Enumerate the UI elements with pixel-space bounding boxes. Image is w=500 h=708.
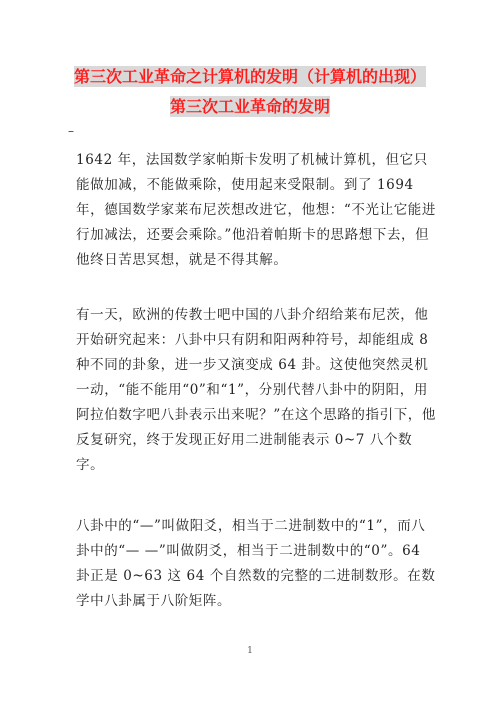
page-number: 1	[0, 646, 500, 656]
paragraph-1: 1642 年，法国数学家帕斯卡发明了机械计算机，但它只能做加减，不能做乘除，使用…	[76, 148, 436, 273]
document-title: 第三次工业革命之计算机的发明（计算机的出现）	[0, 64, 500, 87]
dash-mark: –	[68, 124, 74, 138]
paragraph-2: 有一天，欧洲的传教士吧中国的八卦介绍给莱布尼茨，他开始研究起来：八卦中只有阴和阳…	[76, 303, 436, 478]
paragraph-3: 八卦中的“—”叫做阳爻，相当于二进制数中的“1”，而八卦中的“— —”叫做阴爻，…	[76, 514, 436, 614]
title-main: 第三次工业革命之计算机的发明（计算机的出现）	[74, 66, 426, 87]
title-sub: 第三次工业革命的发明	[170, 96, 330, 117]
document-subtitle: 第三次工业革命的发明	[0, 94, 500, 117]
